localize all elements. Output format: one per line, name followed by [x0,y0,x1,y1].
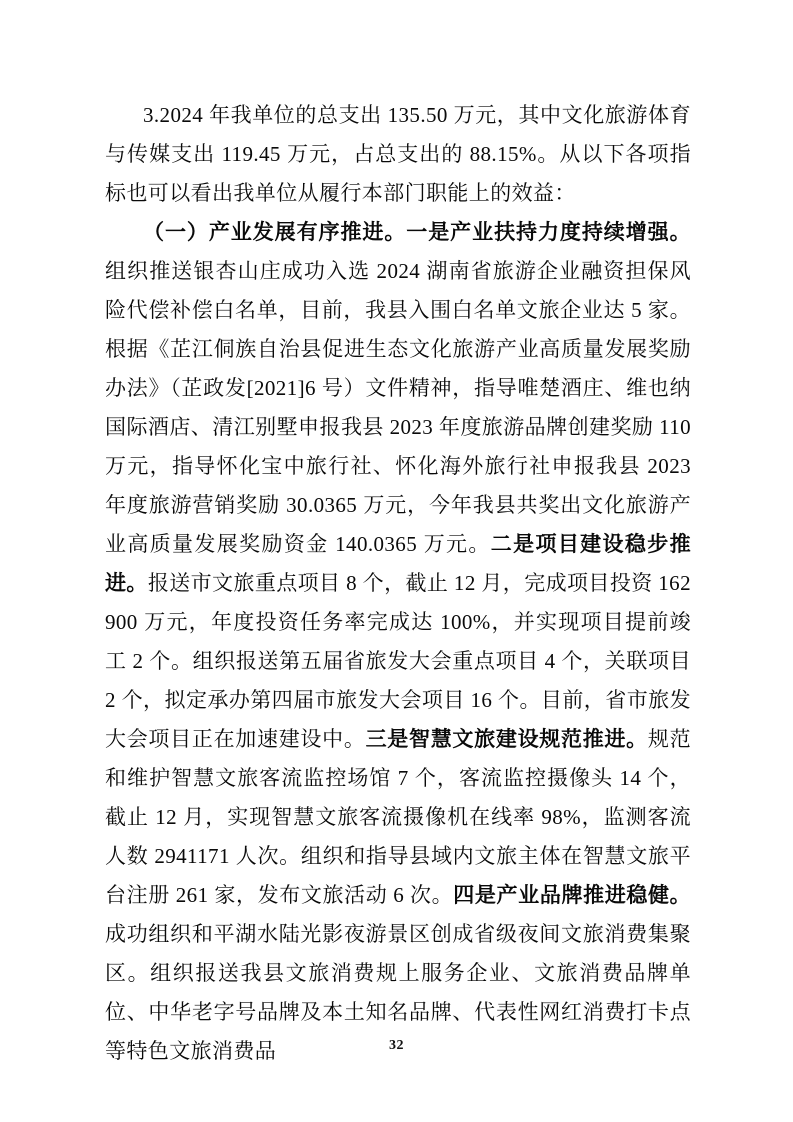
text-run: 报送市文旅重点项目 8 个，截止 12 月，完成项目投资 162900 万元，年… [105,571,691,751]
text-run: 规范和维护智慧文旅客流监控场馆 7 个，客流监控摄像头 14 个，截止 12 月… [105,727,691,907]
page-number: 32 [389,1038,404,1053]
text-run: 3.2024 年我单位的总支出 135.50 万元，其中文化旅游体育与传媒支出 … [105,103,691,205]
text-run: 组织推送银杏山庄成功入选 2024 湖南省旅游企业融资担保风险代偿补偿白名单，目… [105,259,691,556]
paragraph-industry-development: （一）产业发展有序推进。一是产业扶持力度持续增强。组织推送银杏山庄成功入选 20… [105,213,691,1071]
paragraph-expenditure-summary: 3.2024 年我单位的总支出 135.50 万元，其中文化旅游体育与传媒支出 … [105,96,691,213]
page-footer: 32 [0,1036,793,1054]
bold-text-run: （一）产业发展有序推进。一是产业扶持力度持续增强。 [143,220,691,244]
document-page: 3.2024 年我单位的总支出 135.50 万元，其中文化旅游体育与传媒支出 … [0,0,793,1122]
bold-text-run: 四是产业品牌推进稳健。 [453,883,691,907]
document-body: 3.2024 年我单位的总支出 135.50 万元，其中文化旅游体育与传媒支出 … [105,96,691,1071]
bold-text-run: 三是智慧文旅建设规范推进。 [366,727,648,751]
